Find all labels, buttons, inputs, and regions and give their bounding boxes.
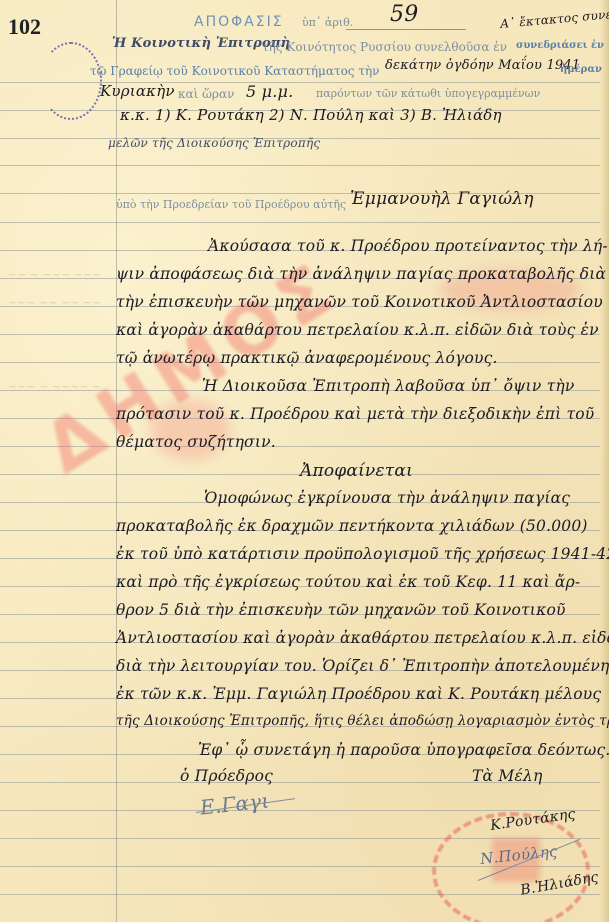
members-label: Τὰ Μέλη (472, 767, 542, 785)
ruled-line (0, 165, 600, 166)
body-line: ψιν ἀποφάσεως διὰ τὴν ἀνάληψιν παγίας πρ… (116, 265, 606, 283)
resolution-line: Ἀντλιοστασίου καὶ ἀγορὰν ἀκαθάρτου πετρε… (116, 629, 609, 647)
committee-members-label: μελῶν τῆς Διοικούσης Ἐπιτροπῆς (108, 136, 320, 150)
preamble-printed: τῆς Κοινότητος Ρυσσίου συνελθοῦσα ἐν (262, 40, 507, 54)
resolution-line: Ὁμοφώνως ἐγκρίνουσα τὴν ἀνάληψιν παγίας (204, 489, 570, 507)
number-label: ὑπ᾽ ἀριθ. (302, 16, 353, 29)
resolution-line: τῆς Διοικούσης Ἐπιτροπῆς, ἥτις θέλει ἀπο… (116, 713, 609, 729)
preamble-printed: τῷ Γραφείῳ τοῦ Κοινοτικοῦ Καταστήματος τ… (90, 64, 379, 78)
preamble-printed: παρόντων τῶν κάτωθι ὑπογεγραμμένων (316, 87, 540, 100)
bleed-through-text: ~~~ ~~ ~~ ~~ (8, 296, 101, 309)
preamble-printed-bold: ἡμέραν (560, 64, 602, 75)
president-name: Ἐμμανουὴλ Γαγιώλη (350, 189, 534, 209)
closing-line: Ἐφ᾽ ᾧ συνετάγη ἡ παροῦσα ὑπογραφεῖσα δεό… (198, 741, 609, 759)
preamble-printed-bold: συνεδριάσει ἐν (516, 40, 604, 51)
resolution-line: ἐκ τῶν κ.κ. Ἐμμ. Γαγιώλη Προέδρου καὶ Κ.… (116, 685, 601, 703)
decision-number: 59 (390, 2, 418, 27)
body-line: τὴν ἐπισκευὴν τῶν μηχανῶν τοῦ Κοινοτικοῦ… (116, 293, 603, 311)
ruled-line (0, 222, 600, 223)
resolution-line: διὰ τὴν λειτουργίαν του. Ὁρίζει δ᾽ Ἐπιτρ… (116, 657, 609, 675)
resolution-line: θρον 5 διὰ τὴν ἐπισκευὴν τῶν μηχανῶν τοῦ… (116, 601, 566, 619)
ledger-page: ~~ ~ ~~~ ~~~ ~~~ ~~ ~~ ~~ ~~~ ~ ~~~~ ~ Δ… (0, 0, 609, 922)
number-underline (346, 29, 466, 30)
presidency-printed: ὑπὸ τὴν Προεδρείαν τοῦ Προέδρου αὐτῆς (116, 198, 346, 211)
body-line: πρότασιν τοῦ κ. Προέδρου καὶ μετὰ τὴν δι… (116, 405, 594, 423)
date-handwritten: δεκάτην ὀγδόην Μαΐου 1941 (385, 58, 580, 73)
resolution-line: προκαταβολῆς ἐκ δραχμῶν πεντήκοντα χιλιά… (116, 517, 588, 535)
page-number: 102 (8, 14, 41, 40)
page-edge (600, 0, 609, 922)
president-label: ὁ Πρόεδρος (180, 767, 273, 785)
resolution-heading: Ἀποφαίνεται (300, 461, 413, 481)
time-handwritten: 5 μ.μ. (246, 82, 293, 101)
weekday-handwritten: Κυριακὴν (100, 82, 175, 100)
ink-stamp-circle (40, 42, 102, 120)
body-line: Ἀκούσασα τοῦ κ. Προέδρου προτείναντος τὴ… (208, 237, 608, 255)
bleed-through-text: ~~ ~ ~~~ ~~~ (8, 268, 101, 281)
resolution-line: καὶ πρὸ τῆς ἐγκρίσεως τούτου καὶ ἐκ τοῦ … (116, 573, 580, 591)
body-line: Ἡ Διοικοῦσα Ἐπιτροπὴ λαβοῦσα ὑπ᾽ ὄψιν τὴ… (202, 377, 574, 395)
preamble-printed: καὶ ὥραν (178, 87, 234, 101)
ruled-line (0, 810, 600, 811)
session-note: Α᾽ ἔκτακτος συνεδρίασις (500, 3, 609, 31)
members-present: κ.κ. 1) Κ. Ρουτάκη 2) Ν. Πούλη καὶ 3) Β.… (120, 106, 502, 124)
body-line: θέματος συζήτησιν. (116, 433, 276, 451)
resolution-line: ἐκ τοῦ ὑπὸ κατάρτισιν προϋπολογισμοῦ τῆς… (116, 545, 609, 563)
body-line: καὶ ἀγορὰν ἀκαθάρτου πετρελαίου κ.λ.π. ε… (116, 321, 599, 339)
body-line: τῷ ἀνωτέρῳ πρακτικῷ ἀναφερομένους λόγους… (116, 349, 498, 367)
decision-title: ΑΠΟΦΑΣΙΣ (194, 14, 284, 30)
